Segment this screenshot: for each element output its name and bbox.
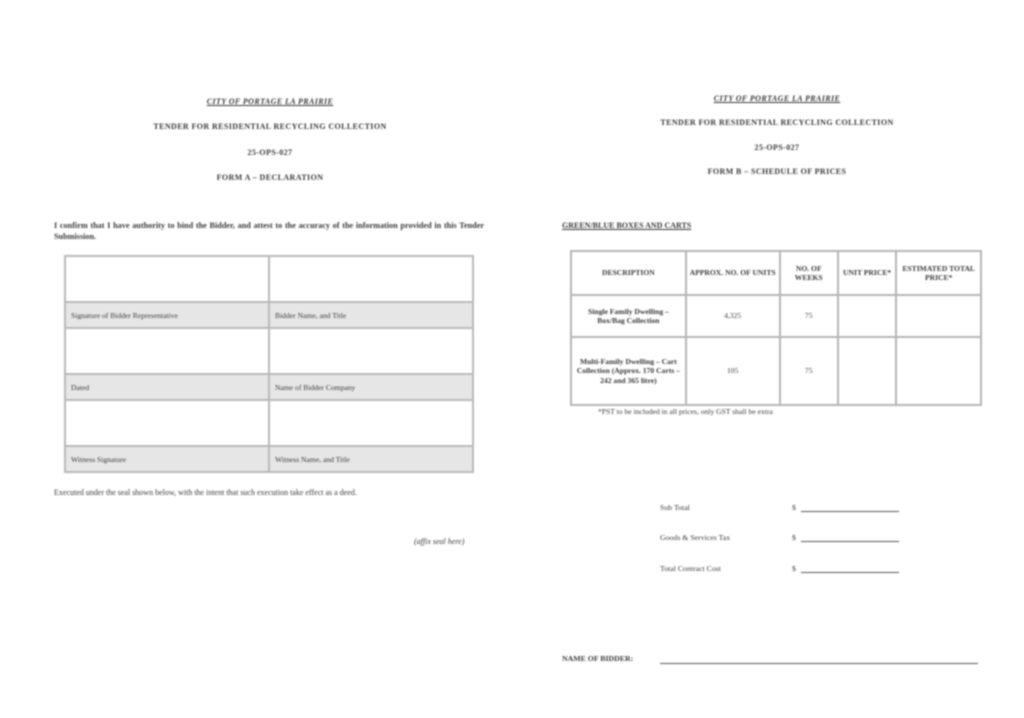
- header-description: DESCRIPTION: [571, 251, 686, 295]
- signature-field[interactable]: [65, 256, 269, 302]
- row-description: Multi-Family Dwelling – Cart Collection …: [571, 337, 686, 405]
- row-units: 4,325: [686, 295, 780, 337]
- price-footnote: *PST to be included in all prices, only …: [598, 407, 773, 416]
- section-heading: GREEN/BLUE BOXES AND CARTS: [562, 221, 691, 230]
- table-row: Multi-Family Dwelling – Cart Collection …: [571, 337, 981, 405]
- row-units: 105: [686, 337, 780, 405]
- signature-table: Signature of Bidder Representative Bidde…: [64, 255, 474, 473]
- currency-symbol: $: [792, 564, 796, 573]
- price-table-header: DESCRIPTION APPROX. NO. OF UNITS NO. OF …: [571, 251, 981, 295]
- header-unit-price: UNIT PRICE*: [838, 251, 896, 295]
- seal-note: (affix seal here): [414, 537, 464, 546]
- form-b-tender-number: 25-OPS-027: [512, 143, 1024, 152]
- dated-field[interactable]: [65, 328, 269, 374]
- bidder-name-field[interactable]: [660, 663, 978, 664]
- form-a-city-title: CITY OF PORTAGE LA PRAIRIE: [0, 97, 540, 106]
- header-units: APPROX. NO. OF UNITS: [686, 251, 780, 295]
- currency-symbol: $: [792, 533, 796, 542]
- form-b-city-title: CITY OF PORTAGE LA PRAIRIE: [512, 94, 1024, 103]
- witness-name-field[interactable]: [269, 400, 473, 446]
- witness-name-label: Witness Name, and Title: [269, 446, 473, 472]
- form-a-form-title: FORM A – DECLARATION: [0, 173, 540, 182]
- form-a-page: CITY OF PORTAGE LA PRAIRIE TENDER FOR RE…: [0, 0, 512, 718]
- row-weeks: 75: [780, 337, 838, 405]
- bidder-name-field[interactable]: [269, 256, 473, 302]
- form-b-tender-title: TENDER FOR RESIDENTIAL RECYCLING COLLECT…: [512, 118, 1024, 127]
- header-total-price: ESTIMATED TOTAL PRICE*: [896, 251, 981, 295]
- company-name-label: Name of Bidder Company: [269, 374, 473, 400]
- row-weeks: 75: [780, 295, 838, 337]
- witness-signature-label: Witness Signature: [65, 446, 269, 472]
- subtotal-label: Sub Total: [660, 503, 690, 512]
- bidder-name-label: NAME OF BIDDER:: [562, 654, 633, 663]
- table-row: Single Family Dwelling – Box/Bag Collect…: [571, 295, 981, 337]
- form-b-form-title: FORM B – SCHEDULE OF PRICES: [512, 167, 1024, 176]
- total-cost-field[interactable]: [801, 572, 899, 573]
- total-cost-label: Total Contract Cost: [660, 564, 721, 573]
- dated-label: Dated: [65, 374, 269, 400]
- unit-price-field[interactable]: [838, 337, 896, 405]
- total-price-field[interactable]: [896, 295, 981, 337]
- gst-label: Goods & Services Tax: [660, 533, 730, 542]
- witness-signature-field[interactable]: [65, 400, 269, 446]
- bidder-name-label: Bidder Name, and Title: [269, 302, 473, 328]
- currency-symbol: $: [792, 503, 796, 512]
- total-price-field[interactable]: [896, 337, 981, 405]
- company-name-field[interactable]: [269, 328, 473, 374]
- form-a-tender-title: TENDER FOR RESIDENTIAL RECYCLING COLLECT…: [0, 122, 540, 131]
- row-description: Single Family Dwelling – Box/Bag Collect…: [571, 295, 686, 337]
- form-a-tender-number: 25-OPS-027: [0, 148, 540, 157]
- subtotal-field[interactable]: [801, 511, 899, 512]
- price-table: DESCRIPTION APPROX. NO. OF UNITS NO. OF …: [570, 250, 982, 406]
- declaration-text: I confirm that I have authority to bind …: [54, 220, 484, 242]
- gst-field[interactable]: [801, 541, 899, 542]
- unit-price-field[interactable]: [838, 295, 896, 337]
- header-weeks: NO. OF WEEKS: [780, 251, 838, 295]
- execution-note: Executed under the seal shown below, wit…: [54, 488, 494, 497]
- signature-label: Signature of Bidder Representative: [65, 302, 269, 328]
